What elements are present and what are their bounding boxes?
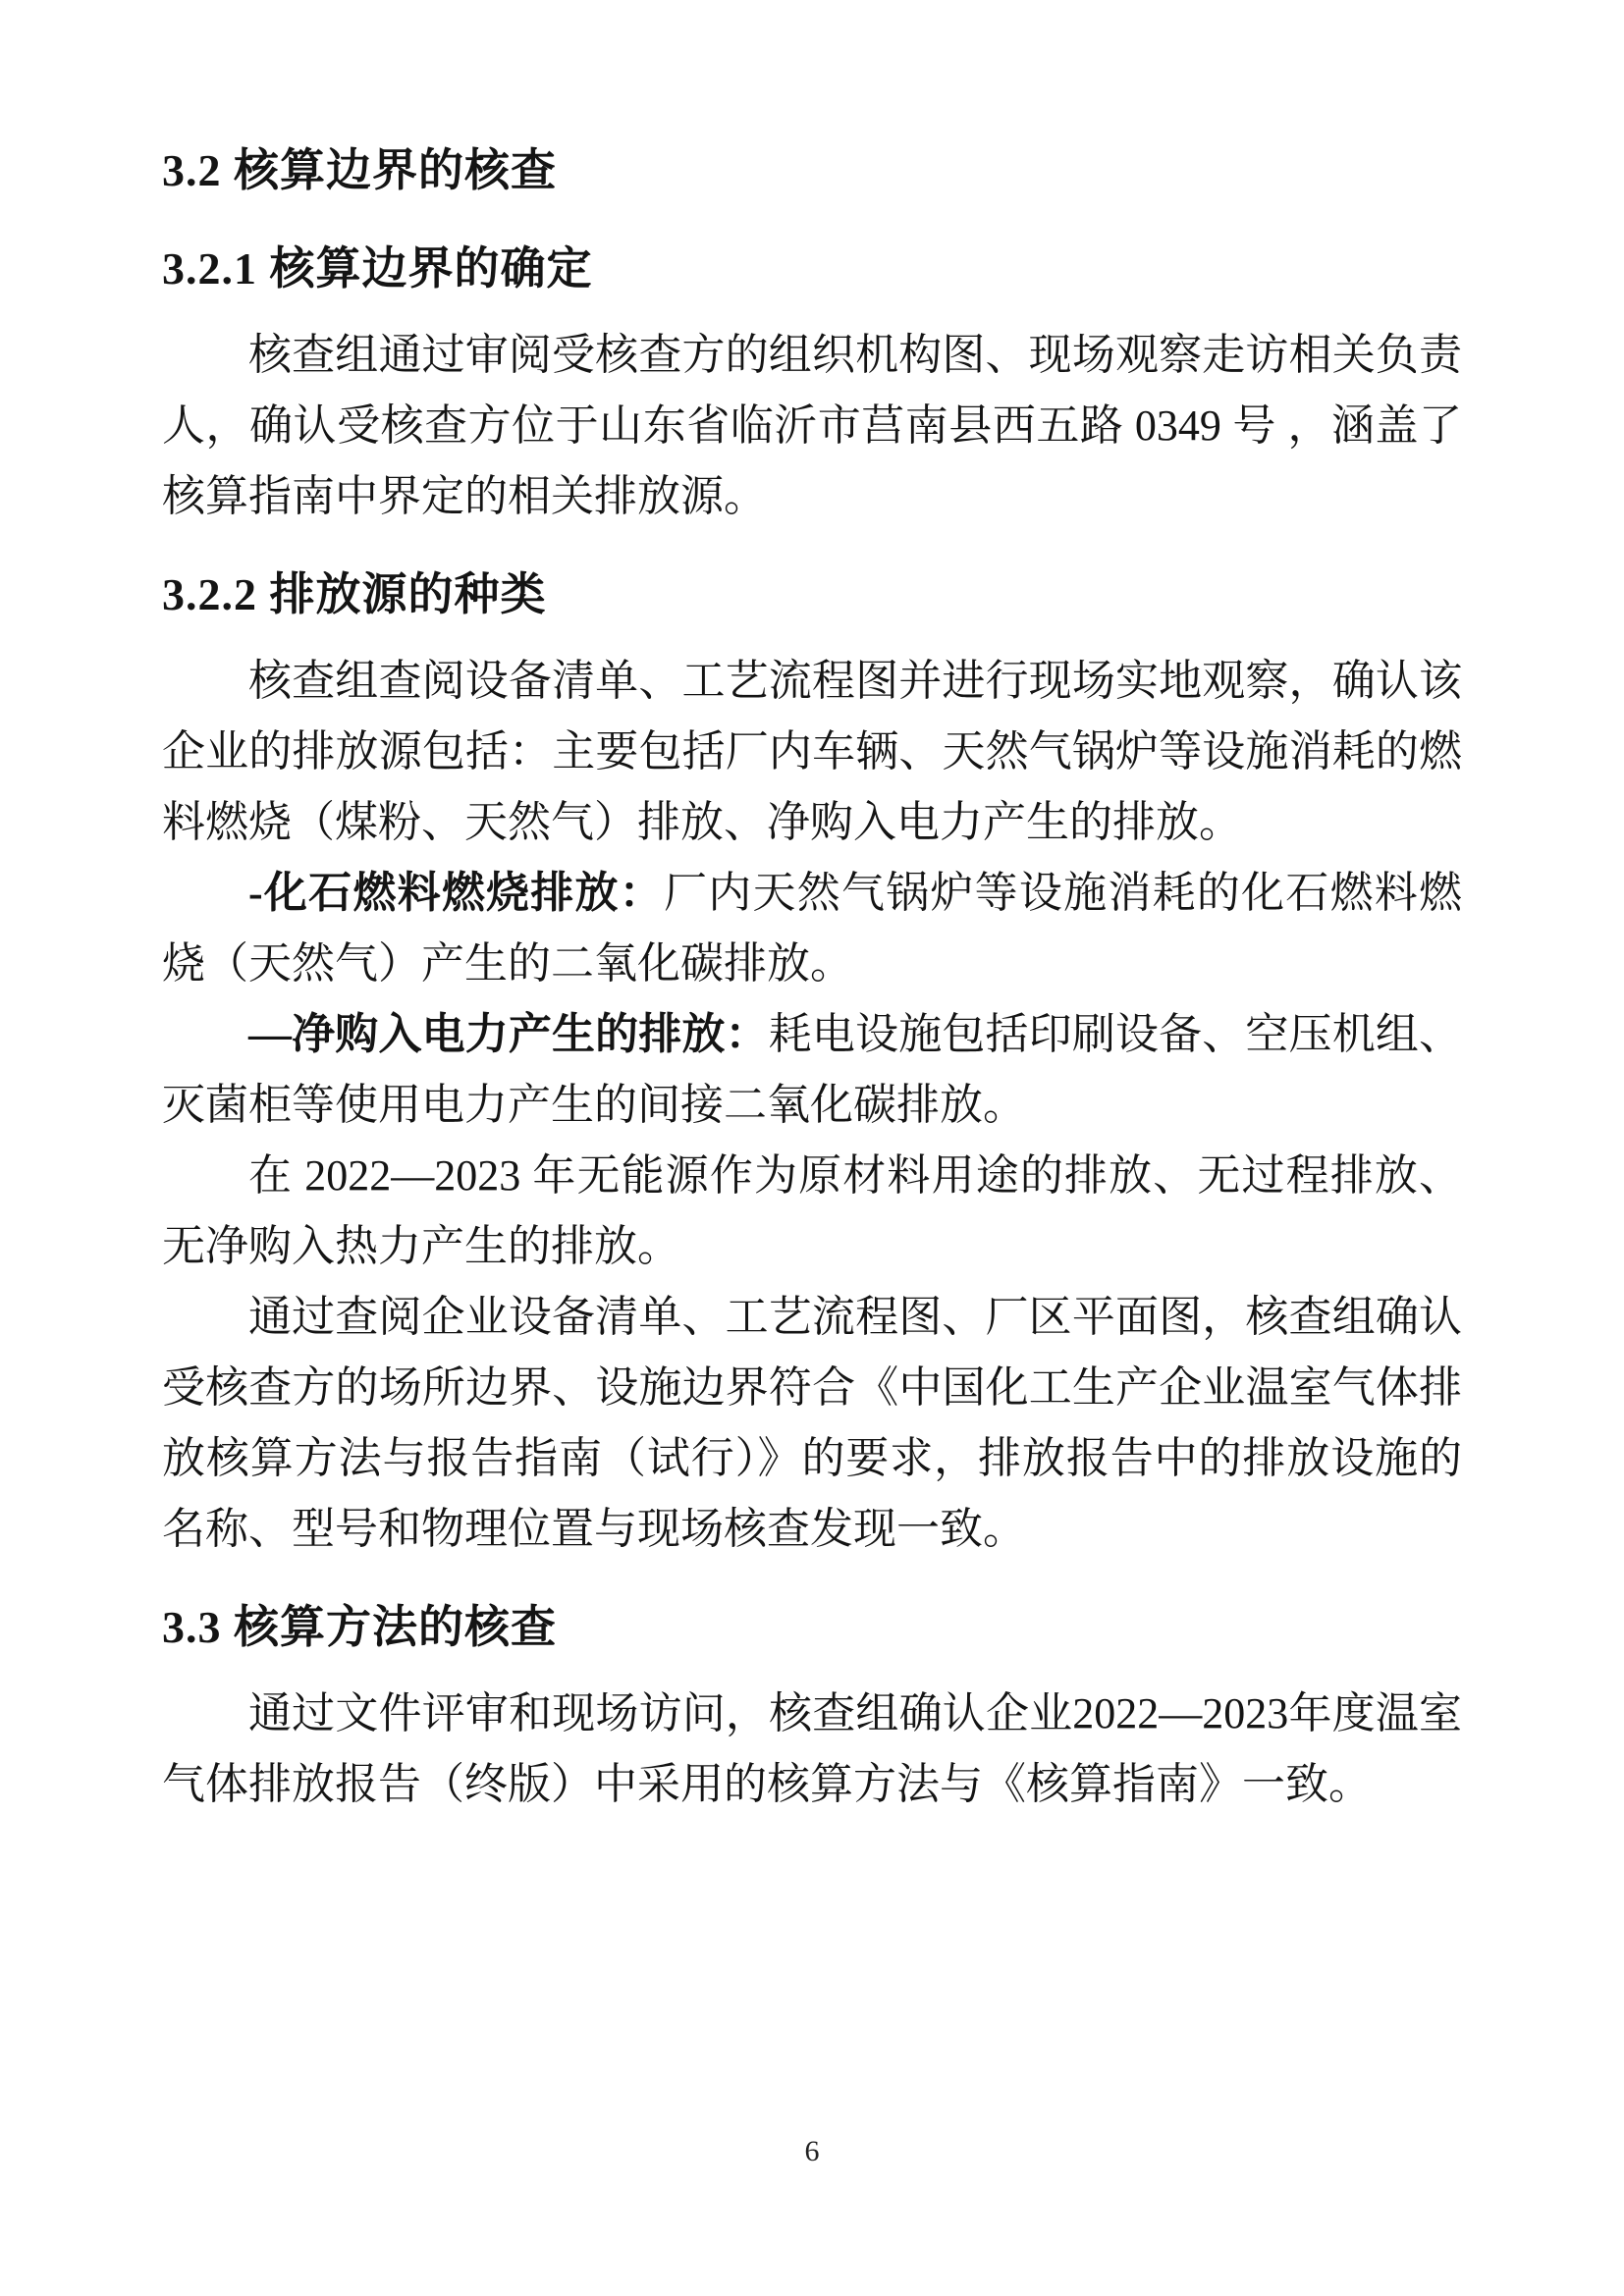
paragraph: 通过文件评审和现场访问，核查组确认企业2022—2023年度温室气体排放报告（终…	[162, 1679, 1462, 1820]
document-page: 3.2 核算边界的核查3.2.1 核算边界的确定核查组通过审阅受核查方的组织机构…	[0, 0, 1624, 2296]
text-line: 人，确认受核查方位于山东省临沂市莒南县西五路 0349 号 ，涵盖了	[162, 391, 1462, 461]
text-segment: 通过文件评审和现场访问，核查组确认企业2022—2023年度温室	[248, 1689, 1462, 1737]
bold-text-segment: -化石燃料燃烧排放：	[248, 869, 664, 917]
text-segment: 厂内天然气锅炉等设施消耗的化石燃料燃	[664, 869, 1462, 917]
text-segment: 核算指南中界定的相关排放源。	[162, 472, 767, 520]
text-line: 核算指南中界定的相关排放源。	[162, 461, 1462, 532]
text-line: 烧（天然气）产生的二氧化碳排放。	[162, 929, 1462, 999]
text-line: 灭菌柜等使用电力产生的间接二氧化碳排放。	[162, 1070, 1462, 1141]
paragraph: 核查组通过审阅受核查方的组织机构图、现场观察走访相关负责人，确认受核查方位于山东…	[162, 320, 1462, 532]
section-heading: 3.2.2 排放源的种类	[162, 560, 1462, 630]
text-segment: 料燃烧（煤粉、天然气）排放、净购入电力产生的排放。	[162, 798, 1242, 846]
paragraph: 核查组查阅设备清单、工艺流程图并进行现场实地观察，确认该企业的排放源包括：主要包…	[162, 646, 1462, 858]
document-body: 3.2 核算边界的核查3.2.1 核算边界的确定核查组通过审阅受核查方的组织机构…	[162, 108, 1462, 1820]
text-line: 气体排放报告（终版）中采用的核算方法与《核算指南》一致。	[162, 1749, 1462, 1820]
bold-text-segment: —净购入电力产生的排放：	[248, 1010, 769, 1058]
paragraph: 通过查阅企业设备清单、工艺流程图、厂区平面图，核查组确认受核查方的场所边界、设施…	[162, 1282, 1462, 1565]
text-line: 料燃烧（煤粉、天然气）排放、净购入电力产生的排放。	[162, 787, 1462, 858]
text-line: 企业的排放源包括：主要包括厂内车辆、天然气锅炉等设施消耗的燃	[162, 717, 1462, 787]
section-heading: 3.3 核算方法的核查	[162, 1592, 1462, 1663]
text-segment: 核查组通过审阅受核查方的组织机构图、现场观察走访相关负责	[248, 331, 1462, 379]
text-segment: 通过查阅企业设备清单、工艺流程图、厂区平面图，核查组确认	[248, 1293, 1462, 1341]
text-segment: 核查组查阅设备清单、工艺流程图并进行现场实地观察，确认该	[248, 657, 1462, 705]
page-number: 6	[0, 2132, 1624, 2171]
text-segment: 受核查方的场所边界、设施边界符合《中国化工生产企业温室气体排	[162, 1363, 1462, 1412]
section-heading: 3.2 核算边界的核查	[162, 135, 1462, 206]
text-line: 通过文件评审和现场访问，核查组确认企业2022—2023年度温室	[162, 1679, 1462, 1749]
text-line: 核查组查阅设备清单、工艺流程图并进行现场实地观察，确认该	[162, 646, 1462, 717]
text-segment: 耗电设施包括印刷设备、空压机组、	[769, 1010, 1462, 1058]
text-segment: 放核算方法与报告指南（试行）》的要求，排放报告中的排放设施的	[162, 1434, 1462, 1482]
text-segment: 气体排放报告（终版）中采用的核算方法与《核算指南》一致。	[162, 1760, 1372, 1808]
text-segment: 人，确认受核查方位于山东省临沂市莒南县西五路 0349 号 ，涵盖了	[162, 401, 1462, 450]
paragraph: —净购入电力产生的排放：耗电设施包括印刷设备、空压机组、灭菌柜等使用电力产生的间…	[162, 999, 1462, 1141]
text-line: 放核算方法与报告指南（试行）》的要求，排放报告中的排放设施的	[162, 1423, 1462, 1494]
text-line: 名称、型号和物理位置与现场核查发现一致。	[162, 1494, 1462, 1565]
text-line: 核查组通过审阅受核查方的组织机构图、现场观察走访相关负责	[162, 320, 1462, 391]
text-line: 无净购入热力产生的排放。	[162, 1211, 1462, 1282]
text-segment: 无净购入热力产生的排放。	[162, 1222, 680, 1270]
text-line: —净购入电力产生的排放：耗电设施包括印刷设备、空压机组、	[162, 999, 1462, 1070]
paragraph: 在 2022—2023 年无能源作为原材料用途的排放、无过程排放、无净购入热力产…	[162, 1141, 1462, 1282]
text-line: 通过查阅企业设备清单、工艺流程图、厂区平面图，核查组确认	[162, 1282, 1462, 1353]
paragraph: -化石燃料燃烧排放：厂内天然气锅炉等设施消耗的化石燃料燃烧（天然气）产生的二氧化…	[162, 858, 1462, 999]
text-line: 受核查方的场所边界、设施边界符合《中国化工生产企业温室气体排	[162, 1353, 1462, 1423]
text-line: 在 2022—2023 年无能源作为原材料用途的排放、无过程排放、	[162, 1141, 1462, 1211]
section-heading: 3.2.1 核算边界的确定	[162, 234, 1462, 304]
text-segment: 灭菌柜等使用电力产生的间接二氧化碳排放。	[162, 1081, 1026, 1129]
text-segment: 名称、型号和物理位置与现场核查发现一致。	[162, 1505, 1026, 1553]
text-segment: 企业的排放源包括：主要包括厂内车辆、天然气锅炉等设施消耗的燃	[162, 727, 1462, 775]
text-segment: 烧（天然气）产生的二氧化碳排放。	[162, 939, 853, 988]
text-segment: 在 2022—2023 年无能源作为原材料用途的排放、无过程排放、	[248, 1151, 1462, 1200]
text-line: -化石燃料燃烧排放：厂内天然气锅炉等设施消耗的化石燃料燃	[162, 858, 1462, 929]
